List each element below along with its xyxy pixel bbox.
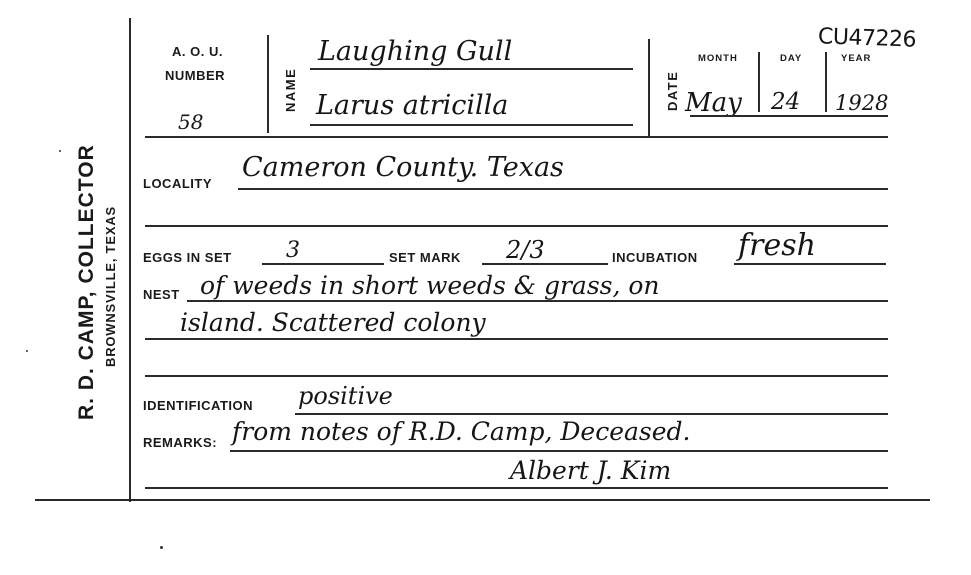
identification-value: positive: [298, 382, 393, 410]
aou-number-value: 58: [178, 110, 203, 134]
card-bottom-border: [35, 499, 930, 501]
date-line: [690, 115, 888, 117]
nest-value-line2: island. Scattered colony: [180, 308, 486, 337]
remarks-line-1: [230, 450, 888, 452]
day-year-divider: [825, 52, 827, 112]
remarks-label: REMARKS:: [143, 435, 217, 450]
scientific-name-value: Larus atricilla: [316, 90, 508, 121]
month-label: MONTH: [698, 53, 738, 64]
remarks-line-2: [145, 487, 888, 489]
aou-divider: [267, 35, 269, 133]
date-label: DATE: [665, 71, 680, 111]
speck: [26, 350, 28, 352]
catalog-number: CU47226: [818, 24, 917, 52]
incubation-label: INCUBATION: [612, 250, 698, 265]
year-label: YEAR: [841, 53, 871, 64]
locality-label: LOCALITY: [143, 176, 212, 191]
set-mark-value: 2/3: [506, 236, 545, 264]
remarks-signature: Albert J. Kim: [510, 456, 671, 485]
day-label: DAY: [780, 53, 802, 64]
common-name-value: Laughing Gull: [318, 36, 512, 67]
incubation-line: [734, 263, 886, 265]
nest-value-line1: of weeds in short weeds & grass, on: [200, 271, 660, 300]
aou-label-line2: NUMBER: [165, 68, 225, 83]
day-value: 24: [771, 89, 800, 115]
nest-line-3: [145, 375, 888, 377]
collector-name: R. D. CAMP, COLLECTOR: [75, 144, 99, 420]
date-divider: [648, 39, 650, 137]
locality-value: Cameron County. Texas: [242, 152, 564, 183]
set-mark-line: [482, 263, 608, 265]
identification-line: [295, 413, 888, 415]
speck: [59, 150, 61, 152]
locality-line-2: [145, 225, 888, 227]
aou-label-line1: A. O. U.: [172, 44, 223, 59]
nest-line-2: [145, 338, 888, 340]
eggs-in-set-line: [262, 263, 384, 265]
scientific-name-line: [310, 124, 633, 126]
header-bottom-rule: [145, 136, 888, 138]
eggs-in-set-label: EGGS IN SET: [143, 250, 232, 265]
speck: [160, 546, 163, 549]
set-mark-label: SET MARK: [389, 250, 461, 265]
nest-label: NEST: [143, 287, 180, 302]
eggs-in-set-value: 3: [286, 238, 300, 263]
year-value: 1928: [835, 91, 888, 115]
nest-line-1: [187, 300, 888, 302]
card-left-border: [129, 18, 131, 502]
remarks-value: from notes of R.D. Camp, Deceased.: [232, 417, 691, 446]
locality-line: [238, 188, 888, 190]
month-value: May: [685, 88, 742, 118]
collector-location: BROWNSVILLE, TEXAS: [103, 206, 118, 367]
month-day-divider: [758, 52, 760, 112]
name-label: NAME: [283, 68, 298, 112]
incubation-value: fresh: [738, 228, 816, 263]
common-name-line: [310, 68, 633, 70]
identification-label: IDENTIFICATION: [143, 398, 253, 413]
